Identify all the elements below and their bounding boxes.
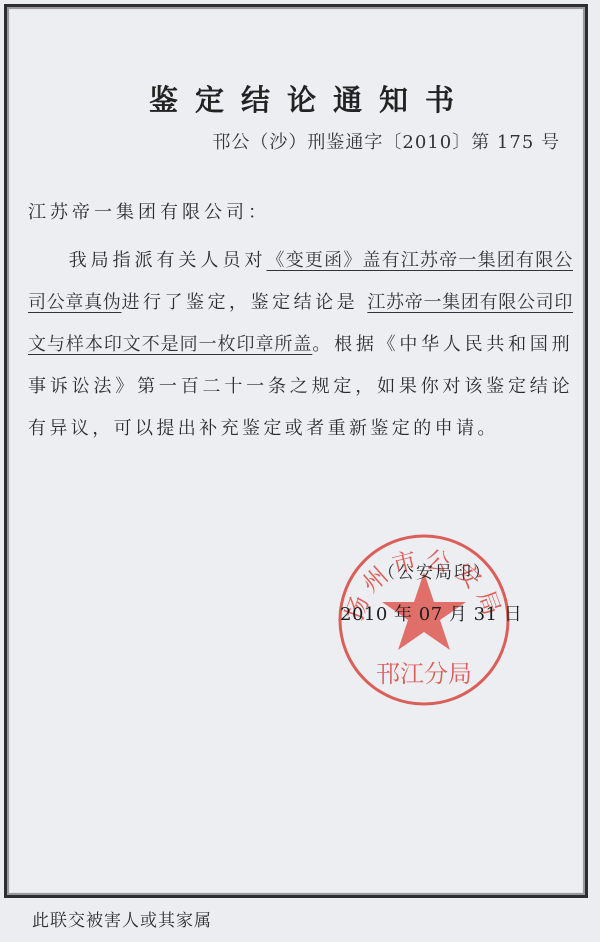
stamp-bottom-text: 邗江分局 xyxy=(376,660,472,688)
issue-date: 2010 年 07 月 31 日 xyxy=(340,600,522,626)
seal-label: （公安局印） xyxy=(378,558,492,583)
footer-note: 此联交被害人或其家属 xyxy=(32,906,212,931)
document-title: 鉴定结论通知书 xyxy=(0,78,600,119)
body-text-prefix: 我局指派有关人员对 xyxy=(68,250,267,271)
reference-number: 邗公（沙）刑鉴通字〔2010〕第 175 号 xyxy=(212,128,560,154)
addressee: 江苏帝一集团有限公司： xyxy=(28,198,270,224)
body-paragraph: 我局指派有关人员对《变更函》盖有江苏帝一集团有限公司公章真伪进行了鉴定，鉴定结论… xyxy=(28,240,573,450)
body-text-mid: 进行了鉴定，鉴定结论是 xyxy=(122,292,368,313)
